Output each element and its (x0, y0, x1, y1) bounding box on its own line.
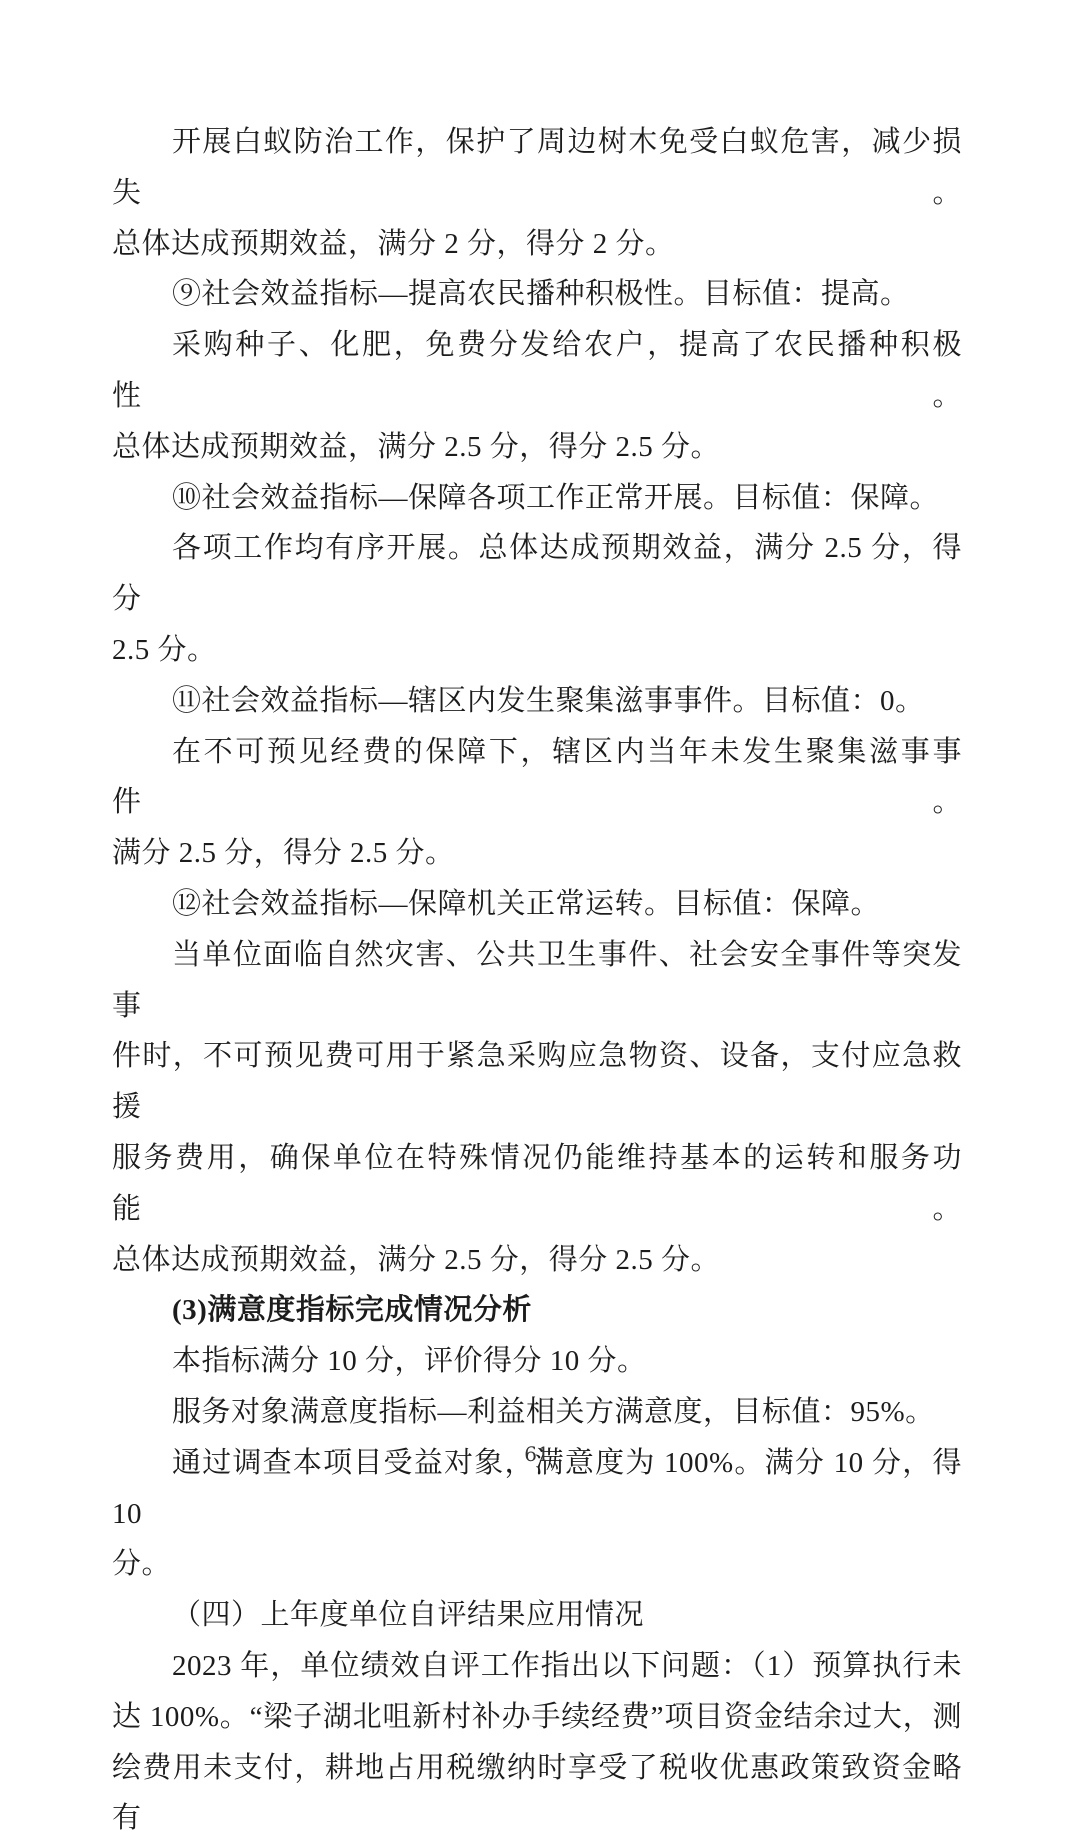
text-line: 本指标满分 10 分，评价得分 10 分。 (112, 1336, 962, 1387)
text-line: 达 100%。“梁子湖北咀新村补办手续经费”项目资金结余过大，测 (112, 1692, 962, 1743)
text-line: 总体达成预期效益，满分 2.5 分，得分 2.5 分。 (112, 422, 962, 473)
section-heading-satisfaction-analysis: (3)满意度指标完成情况分析 (112, 1285, 962, 1336)
page-number: 61 (0, 1442, 1074, 1466)
text-line: 服务费用，确保单位在特殊情况仍能维持基本的运转和服务功能。 (112, 1133, 962, 1235)
text-line: 服务对象满意度指标—利益相关方满意度，目标值：95%。 (112, 1387, 962, 1438)
document-body: 开展白蚁防治工作，保护了周边树木免受白蚁危害，减少损失。 总体达成预期效益，满分… (112, 117, 962, 1844)
text-line: ⑪社会效益指标—辖区内发生聚集滋事事件。目标值：0。 (112, 676, 962, 727)
text-line: 各项工作均有序开展。总体达成预期效益，满分 2.5 分，得分 (112, 523, 962, 625)
text-line: 采购种子、化肥，免费分发给农户，提高了农民播种积极性。 (112, 320, 962, 422)
text-line: 2023 年，单位绩效自评工作指出以下问题：（1）预算执行未 (112, 1641, 962, 1692)
text-line: ⑫社会效益指标—保障机关正常运转。目标值：保障。 (112, 879, 962, 930)
text-line: 总体达成预期效益，满分 2 分，得分 2 分。 (112, 219, 962, 270)
text-line: 件时，不可预见费可用于紧急采购应急物资、设备，支付应急救援 (112, 1031, 962, 1133)
text-line: ⑩社会效益指标—保障各项工作正常开展。目标值：保障。 (112, 473, 962, 524)
text-line: 2.5 分。 (112, 625, 962, 676)
text-line: 总体达成预期效益，满分 2.5 分，得分 2.5 分。 (112, 1235, 962, 1286)
section-heading-self-eval-application: （四）上年度单位自评结果应用情况 (112, 1590, 962, 1641)
text-line: 绘费用未支付，耕地占用税缴纳时享受了税收优惠政策致资金略有 (112, 1743, 962, 1844)
text-line: 在不可预见经费的保障下，辖区内当年未发生聚集滋事事件。 (112, 727, 962, 829)
text-line: 开展白蚁防治工作，保护了周边树木免受白蚁危害，减少损失。 (112, 117, 962, 219)
document-page: 开展白蚁防治工作，保护了周边树木免受白蚁危害，减少损失。 总体达成预期效益，满分… (0, 0, 1074, 1520)
text-line: 分。 (112, 1539, 962, 1590)
text-line: ⑨社会效益指标—提高农民播种积极性。目标值：提高。 (112, 269, 962, 320)
text-line: 当单位面临自然灾害、公共卫生事件、社会安全事件等突发事 (112, 930, 962, 1032)
text-line: 满分 2.5 分，得分 2.5 分。 (112, 828, 962, 879)
